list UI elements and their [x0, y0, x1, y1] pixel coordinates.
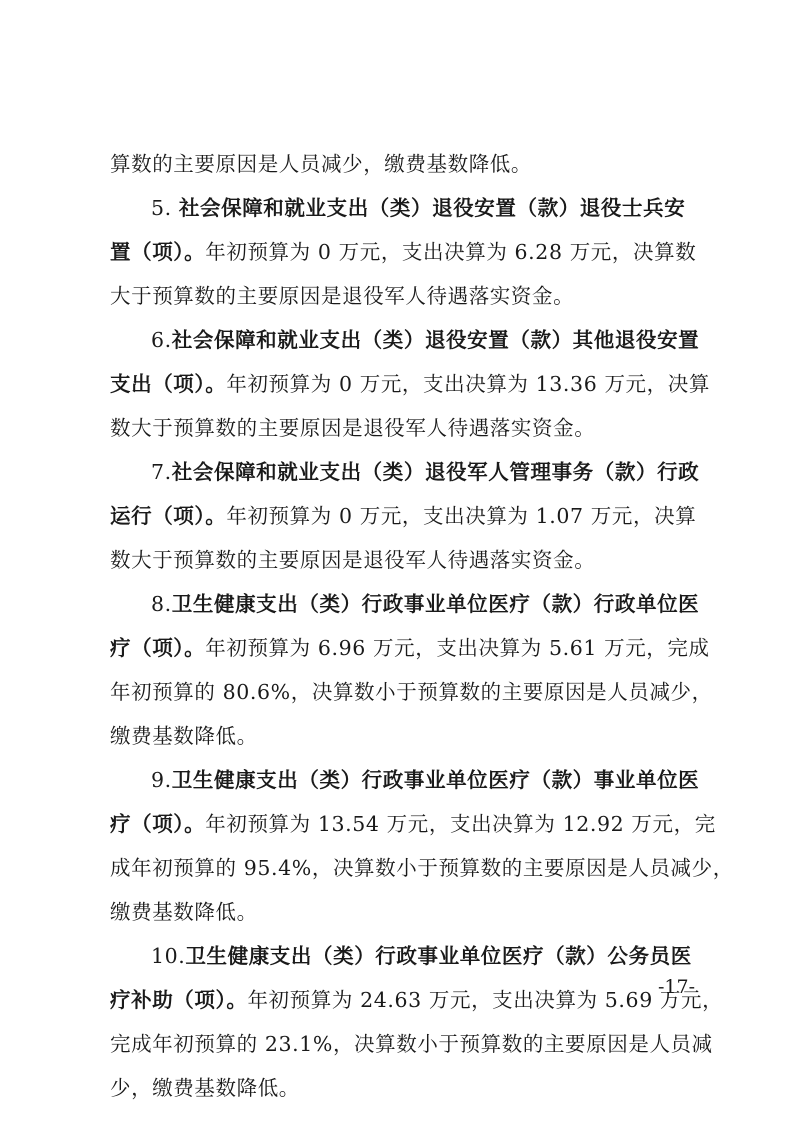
- item-body-line: 数大于预算数的主要原因是退役军人待遇落实资金。: [110, 538, 692, 582]
- item-body-text: 完成年初预算的 23.1%，决算数小于预算数的主要原因是人员减: [110, 1032, 713, 1056]
- budget-item-10: 10.卫生健康支出（类）行政事业单位医疗（款）公务员医 疗补助（项）。年初预算为…: [110, 934, 692, 1110]
- item-body-text: 少，缴费基数降低。: [110, 1076, 300, 1100]
- item-heading: 社会保障和就业支出（类）退役安置（款）其他退役安置: [172, 328, 700, 352]
- item-heading-tail: 疗补助（项）。: [110, 988, 247, 1012]
- item-heading-tail: 疗（项）。: [110, 812, 205, 836]
- budget-item-6: 6.社会保障和就业支出（类）退役安置（款）其他退役安置 支出（项）。年初预算为 …: [110, 318, 692, 450]
- item-heading-tail: 置（项）。: [110, 240, 205, 264]
- item-body-text: 年初预算为 0 万元，支出决算为 6.28 万元，决算数: [205, 240, 696, 264]
- item-body-line: 完成年初预算的 23.1%，决算数小于预算数的主要原因是人员减: [110, 1022, 692, 1066]
- item-heading: 社会保障和就业支出（类）退役安置（款）退役士兵安: [179, 196, 685, 220]
- item-heading-line: 8.卫生健康支出（类）行政事业单位医疗（款）行政单位医: [110, 582, 692, 626]
- item-body-line: 数大于预算数的主要原因是退役军人待遇落实资金。: [110, 406, 692, 450]
- item-number: 10.: [151, 944, 185, 968]
- item-number: 9.: [151, 768, 172, 792]
- item-heading-tail: 支出（项）。: [110, 372, 226, 396]
- budget-item-9: 9.卫生健康支出（类）行政事业单位医疗（款）事业单位医 疗（项）。年初预算为 1…: [110, 758, 692, 934]
- item-body-line: 大于预算数的主要原因是退役军人待遇落实资金。: [110, 274, 692, 318]
- item-heading-line: 9.卫生健康支出（类）行政事业单位医疗（款）事业单位医: [110, 758, 692, 802]
- item-body-text: 数大于预算数的主要原因是退役军人待遇落实资金。: [110, 416, 595, 440]
- page-number: -17-: [658, 975, 695, 999]
- item-body-text: 年初预算为 6.96 万元，支出决算为 5.61 万元，完成: [205, 636, 709, 660]
- item-body-line: 年初预算的 80.6%，决算数小于预算数的主要原因是人员减少，: [110, 670, 692, 714]
- item-number: 8.: [151, 592, 172, 616]
- item-heading-line: 5. 社会保障和就业支出（类）退役安置（款）退役士兵安: [110, 186, 692, 230]
- document-page: 算数的主要原因是人员减少，缴费基数降低。 5. 社会保障和就业支出（类）退役安置…: [110, 142, 692, 1110]
- paragraph-continuation: 算数的主要原因是人员减少，缴费基数降低。: [110, 142, 692, 186]
- item-body-text: 缴费基数降低。: [110, 900, 258, 924]
- item-heading-tail: 运行（项）。: [110, 504, 226, 528]
- budget-item-7: 7.社会保障和就业支出（类）退役军人管理事务（款）行政 运行（项）。年初预算为 …: [110, 450, 692, 582]
- budget-item-5: 5. 社会保障和就业支出（类）退役安置（款）退役士兵安 置（项）。年初预算为 0…: [110, 186, 692, 318]
- item-body-line: 置（项）。年初预算为 0 万元，支出决算为 6.28 万元，决算数: [110, 230, 692, 274]
- item-body-line: 支出（项）。年初预算为 0 万元，支出决算为 13.36 万元，决算: [110, 362, 692, 406]
- item-heading-line: 10.卫生健康支出（类）行政事业单位医疗（款）公务员医: [110, 934, 692, 978]
- item-heading: 卫生健康支出（类）行政事业单位医疗（款）公务员医: [185, 944, 691, 968]
- item-body-text: 年初预算为 13.54 万元，支出决算为 12.92 万元，完: [205, 812, 716, 836]
- item-number: 5.: [151, 196, 179, 220]
- item-heading-line: 6.社会保障和就业支出（类）退役安置（款）其他退役安置: [110, 318, 692, 362]
- item-heading: 卫生健康支出（类）行政事业单位医疗（款）事业单位医: [172, 768, 700, 792]
- item-body-text: 年初预算为 0 万元，支出决算为 1.07 万元，决算: [226, 504, 696, 528]
- paragraph-text: 算数的主要原因是人员减少，缴费基数降低。: [110, 152, 532, 176]
- item-body-line: 缴费基数降低。: [110, 714, 692, 758]
- item-body-text: 年初预算为 0 万元，支出决算为 13.36 万元，决算: [226, 372, 710, 396]
- item-number: 7.: [151, 460, 172, 484]
- item-body-line: 成年初预算的 95.4%，决算数小于预算数的主要原因是人员减少，: [110, 846, 692, 890]
- item-body-line: 缴费基数降低。: [110, 890, 692, 934]
- item-body-text: 大于预算数的主要原因是退役军人待遇落实资金。: [110, 284, 574, 308]
- item-body-text: 年初预算的 80.6%，决算数小于预算数的主要原因是人员减少，: [110, 680, 713, 704]
- item-body-line: 少，缴费基数降低。: [110, 1066, 692, 1110]
- item-heading: 卫生健康支出（类）行政事业单位医疗（款）行政单位医: [172, 592, 700, 616]
- item-heading-tail: 疗（项）。: [110, 636, 205, 660]
- item-body-line: 疗（项）。年初预算为 13.54 万元，支出决算为 12.92 万元，完: [110, 802, 692, 846]
- item-number: 6.: [151, 328, 172, 352]
- item-body-text: 年初预算为 24.63 万元，支出决算为 5.69 万元，: [247, 988, 723, 1012]
- item-heading: 社会保障和就业支出（类）退役军人管理事务（款）行政: [172, 460, 700, 484]
- item-body-text: 成年初预算的 95.4%，决算数小于预算数的主要原因是人员减少，: [110, 856, 734, 880]
- item-heading-line: 7.社会保障和就业支出（类）退役军人管理事务（款）行政: [110, 450, 692, 494]
- budget-item-8: 8.卫生健康支出（类）行政事业单位医疗（款）行政单位医 疗（项）。年初预算为 6…: [110, 582, 692, 758]
- item-body-line: 疗补助（项）。年初预算为 24.63 万元，支出决算为 5.69 万元，: [110, 978, 692, 1022]
- item-body-line: 疗（项）。年初预算为 6.96 万元，支出决算为 5.61 万元，完成: [110, 626, 692, 670]
- item-body-text: 缴费基数降低。: [110, 724, 258, 748]
- item-body-line: 运行（项）。年初预算为 0 万元，支出决算为 1.07 万元，决算: [110, 494, 692, 538]
- item-body-text: 数大于预算数的主要原因是退役军人待遇落实资金。: [110, 548, 595, 572]
